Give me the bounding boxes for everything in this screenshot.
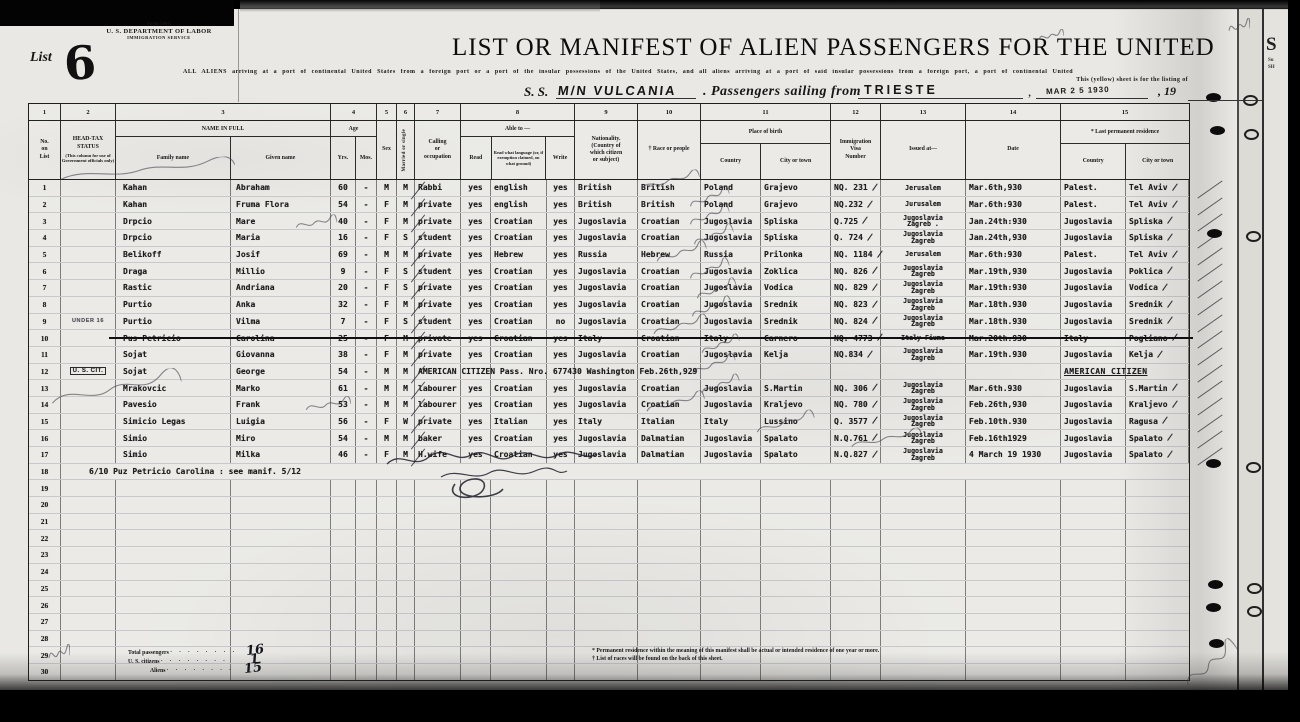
check-mark: ∕ xyxy=(871,383,878,394)
cell-occ: baker xyxy=(415,430,461,446)
header-marital-label: Married or single xyxy=(402,129,408,172)
cell-bcountry: Jugoslavia xyxy=(701,380,761,396)
cell-race xyxy=(638,597,701,613)
column-number-row: 1 2 3 4 5 6 7 8 9 10 11 12 13 14 15 xyxy=(29,104,1189,121)
scan-edge-right xyxy=(1288,0,1300,722)
cell-issued: Jugoslavia Zagreb xyxy=(881,414,966,430)
cell-no: 16 xyxy=(29,430,61,446)
check-mark: ∕ xyxy=(871,266,878,277)
cell-write: yes xyxy=(547,280,575,296)
cell-nat: Jugoslavia xyxy=(575,297,638,313)
headtax-title: HEAD-TAX STATUS xyxy=(73,136,104,150)
cell-headtax xyxy=(61,197,116,213)
cell-given: Vilma xyxy=(231,314,331,330)
cell-race xyxy=(638,664,701,680)
cell-given: Andriana xyxy=(231,280,331,296)
cell-issued: Jerusalem xyxy=(881,247,966,263)
cell-rcountry xyxy=(1061,514,1126,530)
cell-occ: student xyxy=(415,230,461,246)
cell-lang: Croatian xyxy=(491,447,547,463)
check-mark: ∕ xyxy=(1166,299,1173,310)
cell-no: 28 xyxy=(29,631,61,647)
cell-family xyxy=(116,514,231,530)
cell-ms xyxy=(397,514,415,530)
cell-ms: S xyxy=(397,263,415,279)
ship-name: M/N VULCANIA xyxy=(557,83,677,98)
cell-ms: M xyxy=(397,430,415,446)
cell-ms: W xyxy=(397,414,415,430)
cell-sex xyxy=(377,631,397,647)
header-mos: Mos. xyxy=(355,137,376,179)
cell-visa: NQ. 780∕ xyxy=(831,397,881,413)
cell-issued: Jugoslavia Zagreb xyxy=(881,347,966,363)
cell-visa: NQ. 824∕ xyxy=(831,314,881,330)
cell-given: Carolina xyxy=(231,330,331,346)
cell-bcity xyxy=(761,497,831,513)
cell-family: Purtio xyxy=(116,297,231,313)
cell-write xyxy=(547,597,575,613)
cell-bcountry xyxy=(701,364,761,380)
cell-bcountry xyxy=(701,631,761,647)
cell-ms: M xyxy=(397,297,415,313)
cell-bcity xyxy=(761,480,831,496)
cell-nat xyxy=(575,664,638,680)
cell-write: yes xyxy=(547,447,575,463)
cell-headtax xyxy=(61,564,116,580)
header-family-name: Family name xyxy=(116,137,230,179)
cell-date: Mar.19th.930 xyxy=(966,347,1061,363)
cell-rcountry: Jugoslavia xyxy=(1061,230,1126,246)
cell-yrs xyxy=(331,564,356,580)
cell-issued xyxy=(881,530,966,546)
cell-family: Kahan xyxy=(116,197,231,213)
cell-nat: Russia xyxy=(575,247,638,263)
cell-headtax xyxy=(61,497,116,513)
cell-sex: M xyxy=(377,380,397,396)
cell-given: Abraham xyxy=(231,180,331,196)
cell-rcity xyxy=(1126,364,1189,380)
scan-smudge xyxy=(600,0,1290,10)
col-num: 11 xyxy=(701,104,831,120)
cell-headtax xyxy=(61,631,116,647)
cell-bcountry: Jugoslavia xyxy=(701,263,761,279)
cell-given: George xyxy=(231,364,331,380)
cell-given: Milka xyxy=(231,447,331,463)
cell-read: yes xyxy=(461,280,491,296)
cell-issued: Jugoslavia Zagreb xyxy=(881,447,966,463)
cell-rcity: Spliska∕ xyxy=(1126,213,1189,229)
cell-no: 9 xyxy=(29,314,61,330)
cell-headtax: U. S. CIT. xyxy=(61,364,116,380)
cell-lang xyxy=(491,530,547,546)
cell-rcountry xyxy=(1061,581,1126,597)
cell-rcountry: Jugoslavia xyxy=(1061,397,1126,413)
cell-sex: F xyxy=(377,414,397,430)
cell-yrs xyxy=(331,480,356,496)
cell-sex: F xyxy=(377,297,397,313)
header-issued-at: Issued at— xyxy=(881,121,966,179)
cell-visa: NQ.232∕ xyxy=(831,197,881,213)
cell-race xyxy=(638,581,701,597)
check-mark: ∕ xyxy=(1166,216,1173,227)
cell-yrs: 53 xyxy=(331,397,356,413)
header-occupation: Calling or occupation xyxy=(415,121,461,179)
cell-bcity xyxy=(761,631,831,647)
cell-headtax: UNDER 16 xyxy=(61,314,116,330)
cell-race: Croatian xyxy=(638,213,701,229)
cell-rcountry xyxy=(1061,664,1126,680)
manifest-row: 15Simicio LegasLuigia56-FWprivateyesItal… xyxy=(29,414,1189,431)
cell-bcountry: Italy xyxy=(701,414,761,430)
cell-given: Giovanna xyxy=(231,347,331,363)
aliens-value: 15 xyxy=(243,660,263,677)
manifest-row: 7RasticAndriana20-FSprivateyesCroatianye… xyxy=(29,280,1189,297)
col-num: 14 xyxy=(966,104,1061,120)
cell-family xyxy=(116,581,231,597)
cell-lang xyxy=(491,631,547,647)
cell-family: Pavesio xyxy=(116,397,231,413)
cell-bcountry: Jugoslavia xyxy=(701,397,761,413)
leader-dots: . . . . . . . . . . . . . . . xyxy=(161,657,231,663)
cell-lang: Croatian xyxy=(491,314,547,330)
cell-given xyxy=(231,480,331,496)
cell-mos xyxy=(356,631,377,647)
cell-family xyxy=(116,547,231,563)
cell-issued: Jugoslavia Zagreb . xyxy=(881,213,966,229)
check-mark: ∕ xyxy=(1171,383,1178,394)
cell-family xyxy=(116,497,231,513)
cell-date xyxy=(966,614,1061,630)
cell-bcity: Prilonka xyxy=(761,247,831,263)
us-citizens-row: U. S. citizens . . . . . . . . . . . . .… xyxy=(128,657,318,666)
leader-dots: . . . . . . . . . . . . . . . xyxy=(167,666,237,672)
cell-write xyxy=(547,497,575,513)
cell-sex: F xyxy=(377,263,397,279)
cell-no: 7 xyxy=(29,280,61,296)
cell-lang xyxy=(491,547,547,563)
cell-lang: Croatian xyxy=(491,430,547,446)
cell-lang xyxy=(491,614,547,630)
check-mark: ∕ xyxy=(1166,266,1173,277)
cell-headtax xyxy=(61,597,116,613)
cell-bcountry: Jugoslavia xyxy=(701,314,761,330)
cell-rcountry xyxy=(1061,497,1126,513)
totals-block: Total passengers . . . . . . . . . . . .… xyxy=(128,648,318,675)
cell-occ xyxy=(415,480,461,496)
cell-rcity: Spalato∕ xyxy=(1126,447,1189,463)
cell-sex xyxy=(377,480,397,496)
punch-hole xyxy=(1209,639,1224,648)
check-mark: ∕ xyxy=(1166,233,1173,244)
cell-bcountry xyxy=(701,497,761,513)
cell-family: Drpcio xyxy=(116,213,231,229)
cell-occ: student xyxy=(415,314,461,330)
cell-issued: Italy Fiume xyxy=(881,330,966,346)
cell-given xyxy=(231,497,331,513)
cell-ms xyxy=(397,480,415,496)
cell-visa xyxy=(831,514,881,530)
cell-no: 25 xyxy=(29,581,61,597)
cell-rcity: Srednik∕ xyxy=(1126,297,1189,313)
cell-write xyxy=(547,647,575,663)
cell-date: Mar.18th.930 xyxy=(966,314,1061,330)
cell-date xyxy=(966,631,1061,647)
cell-rcountry: Italy xyxy=(1061,330,1126,346)
header-read: Read xyxy=(461,137,491,179)
cell-nat: Jugoslavia xyxy=(575,447,638,463)
cell-race: Dalmatian xyxy=(638,430,701,446)
cell-rcountry: Jugoslavia xyxy=(1061,414,1126,430)
cell-bcountry xyxy=(701,664,761,680)
cell-lang: Croatian xyxy=(491,330,547,346)
cell-race: Croatian xyxy=(638,297,701,313)
cell-race: Hebrew xyxy=(638,247,701,263)
cell-given: Maria xyxy=(231,230,331,246)
cell-lang xyxy=(491,480,547,496)
cell-rcountry: Jugoslavia xyxy=(1061,347,1126,363)
header-residence-group: * Last permanent residence Country City … xyxy=(1061,121,1189,179)
cell-visa xyxy=(831,530,881,546)
cell-mos xyxy=(356,480,377,496)
cell-rcity: S.Martin∕ xyxy=(1126,380,1189,396)
col-num: 1 xyxy=(29,104,61,120)
cell-mos xyxy=(356,647,377,663)
cell-no: 5 xyxy=(29,247,61,263)
cell-bcity xyxy=(761,564,831,580)
cell-rcity: Spliska∕ xyxy=(1126,230,1189,246)
cell-ms: M xyxy=(397,247,415,263)
cell-ms: M xyxy=(397,197,415,213)
cell-nat xyxy=(575,581,638,597)
check-mark: ∕ xyxy=(1171,199,1178,210)
cell-family: Belikoff xyxy=(116,247,231,263)
cell-bcity: Grajevo xyxy=(761,197,831,213)
cell-rcountry: Jugoslavia xyxy=(1061,447,1126,463)
check-mark: ∕ xyxy=(866,233,873,244)
cell-no: 24 xyxy=(29,564,61,580)
cell-write: yes xyxy=(547,247,575,263)
cell-mos: - xyxy=(356,213,377,229)
cell-read xyxy=(461,581,491,597)
cell-bcountry: Poland xyxy=(701,180,761,196)
cell-headtax xyxy=(61,547,116,563)
cell-occ: private xyxy=(415,330,461,346)
cell-family xyxy=(116,530,231,546)
manifest-row: 9UNDER 16PurtioVilma7-FSstudentyesCroati… xyxy=(29,314,1189,331)
scan-smudge xyxy=(240,0,600,12)
cell-sex: F xyxy=(377,314,397,330)
cell-bcountry xyxy=(701,564,761,580)
cell-occ xyxy=(415,664,461,680)
cell-write: yes xyxy=(547,430,575,446)
col-num: 12 xyxy=(831,104,881,120)
punch-hole xyxy=(1206,459,1221,468)
cell-date: Mar.6th,930 xyxy=(966,180,1061,196)
cell-occ xyxy=(415,514,461,530)
header-age: Age xyxy=(331,121,376,136)
cell-bcity: Srednik xyxy=(761,297,831,313)
check-mark: ∕ xyxy=(861,216,868,227)
cell-family: Sojat xyxy=(116,364,231,380)
cell-mos: - xyxy=(356,380,377,396)
cell-rcountry: Palest. xyxy=(1061,247,1126,263)
cell-visa xyxy=(831,364,881,380)
cell-issued xyxy=(881,480,966,496)
port-name: TRIESTE xyxy=(864,83,938,97)
cell-bcity: Spalato xyxy=(761,447,831,463)
cell-no: 30 xyxy=(29,664,61,680)
cell-no: 27 xyxy=(29,614,61,630)
cell-date xyxy=(966,530,1061,546)
header-given-name: Given name xyxy=(230,137,330,179)
cell-headtax xyxy=(61,347,116,363)
cell-given: Josif xyxy=(231,247,331,263)
cell-date: Mar.18th.930 xyxy=(966,297,1061,313)
cell-read: yes xyxy=(461,197,491,213)
cell-bcountry: Jugoslavia xyxy=(701,230,761,246)
cell-rcity: Poklica∕ xyxy=(1126,263,1189,279)
header-write: Write xyxy=(545,137,574,179)
check-mark: ∕ xyxy=(1171,249,1178,260)
page-title: LIST OR MANIFEST OF ALIEN PASSENGERS FOR… xyxy=(452,34,1192,62)
cell-no: 29 xyxy=(29,647,61,663)
cell-read xyxy=(461,497,491,513)
cell-bcountry: Russia xyxy=(701,247,761,263)
cell-ms: M xyxy=(397,180,415,196)
col-num: 6 xyxy=(397,104,415,120)
cell-no: 23 xyxy=(29,547,61,563)
punch-hole xyxy=(1207,229,1222,238)
cell-race xyxy=(638,530,701,546)
cell-sex: F xyxy=(377,230,397,246)
cell-sex: M xyxy=(377,247,397,263)
cell-lang: Croatian xyxy=(491,280,547,296)
cell-yrs: 40 xyxy=(331,213,356,229)
cell-family: Simicio Legas xyxy=(116,414,231,430)
cell-date: Feb.26th,930 xyxy=(966,397,1061,413)
cell-date: 4 March 19 1930 xyxy=(966,447,1061,463)
cell-read: yes xyxy=(461,397,491,413)
cell-nat: Jugoslavia xyxy=(575,230,638,246)
cell-family xyxy=(116,631,231,647)
manifest-row: 13MrakovcicMarko61-MMlaboureryesCroatian… xyxy=(29,380,1189,397)
cell-sex xyxy=(377,614,397,630)
cell-rcity: Tel Aviv∕ xyxy=(1126,247,1189,263)
cell-bcity: Kraljevo xyxy=(761,397,831,413)
list-number-stamp: 6 xyxy=(62,35,98,91)
check-mark: ∕ xyxy=(1171,399,1178,410)
manifest-row: 14PavesioFrank53-MMlaboureryesCroatianye… xyxy=(29,397,1189,414)
cell-bcity xyxy=(761,547,831,563)
cell-bcity xyxy=(761,664,831,680)
cell-visa: Q. 3577∕ xyxy=(831,414,881,430)
cell-lang: Italian xyxy=(491,414,547,430)
cell-bcity: Zoklica xyxy=(761,263,831,279)
cell-family: Simio xyxy=(116,447,231,463)
cell-yrs: 38 xyxy=(331,347,356,363)
cell-date: Mar.6th:930 xyxy=(966,197,1061,213)
footnotes: * Permanent residence within the meaning… xyxy=(592,648,1152,664)
cell-write xyxy=(547,547,575,563)
cell-occ xyxy=(415,631,461,647)
cell-sex: F xyxy=(377,447,397,463)
manifest-row: 17SimioMilka46-FMH.wifeyesCroatianyesJug… xyxy=(29,447,1189,464)
cell-issued xyxy=(881,664,966,680)
cell-visa: Q. 724∕ xyxy=(831,230,881,246)
cell-nat xyxy=(575,547,638,563)
header-name-group: NAME IN FULL Family name Given name xyxy=(116,121,331,179)
cell-issued xyxy=(881,597,966,613)
cell-mos: - xyxy=(356,364,377,380)
cell-issued: Jugoslavia Zagreb xyxy=(881,280,966,296)
cell-yrs xyxy=(331,631,356,647)
cell-rcountry: Jugoslavia xyxy=(1061,263,1126,279)
cell-given: Anka xyxy=(231,297,331,313)
cell-race: Croatian xyxy=(638,280,701,296)
us-citizens-label: U. S. citizens xyxy=(128,659,160,665)
cell-headtax xyxy=(61,514,116,530)
header-yrs: Yrs. xyxy=(331,137,355,179)
cell-rcity: Vodica∕ xyxy=(1126,280,1189,296)
cell-headtax xyxy=(61,380,116,396)
cell-yrs xyxy=(331,530,356,546)
punch-hole xyxy=(1206,603,1221,612)
check-mark: ∕ xyxy=(1166,316,1173,327)
cell-yrs xyxy=(331,581,356,597)
cell-rcountry xyxy=(1061,597,1126,613)
cell-yrs xyxy=(331,514,356,530)
cell-sex xyxy=(377,597,397,613)
cell-rcountry xyxy=(1061,530,1126,546)
sailing-from-label: . Passengers sailing from xyxy=(703,84,861,100)
cell-rcountry xyxy=(1061,547,1126,563)
cell-read: yes xyxy=(461,230,491,246)
manifest-row: 20 xyxy=(29,497,1189,514)
cell-nat: Jugoslavia xyxy=(575,213,638,229)
cell-race: Croatian xyxy=(638,230,701,246)
cell-date: Mar.20th:930 xyxy=(966,330,1061,346)
cell-mos: - xyxy=(356,447,377,463)
punch-hole-ring xyxy=(1247,583,1262,594)
cell-write: yes xyxy=(547,414,575,430)
cell-ms: M xyxy=(397,447,415,463)
ship-underline xyxy=(556,98,696,99)
manifest-row: 16SimioMiro54-MMbakeryesCroatianyesJugos… xyxy=(29,430,1189,447)
cell-mos: - xyxy=(356,330,377,346)
cell-date xyxy=(966,581,1061,597)
cell-rcity xyxy=(1126,497,1189,513)
cell-rcity xyxy=(1126,564,1189,580)
cell-mos: - xyxy=(356,263,377,279)
cell-rcountry: Jugoslavia xyxy=(1061,297,1126,313)
cell-bcity: Carnero xyxy=(761,330,831,346)
adjacent-sheet-letter: S xyxy=(1266,34,1277,56)
check-mark: ∕ xyxy=(1161,416,1168,427)
cell-issued xyxy=(881,631,966,647)
check-mark: ∕ xyxy=(871,182,878,193)
cell-yrs xyxy=(331,597,356,613)
cell-race: Dalmatian xyxy=(638,447,701,463)
cell-bcountry xyxy=(701,597,761,613)
cell-issued: Jugoslavia Zagreb xyxy=(881,430,966,446)
cell-nat xyxy=(575,597,638,613)
cell-nat: Jugoslavia xyxy=(575,280,638,296)
cell-issued: Jugoslavia Zagreb xyxy=(881,263,966,279)
manifest-row: 2KahanFruma Flora54-FMprivateyesenglishy… xyxy=(29,197,1189,214)
cell-occ: private xyxy=(415,297,461,313)
cell-race: British xyxy=(638,197,701,213)
cell-bcountry xyxy=(701,530,761,546)
